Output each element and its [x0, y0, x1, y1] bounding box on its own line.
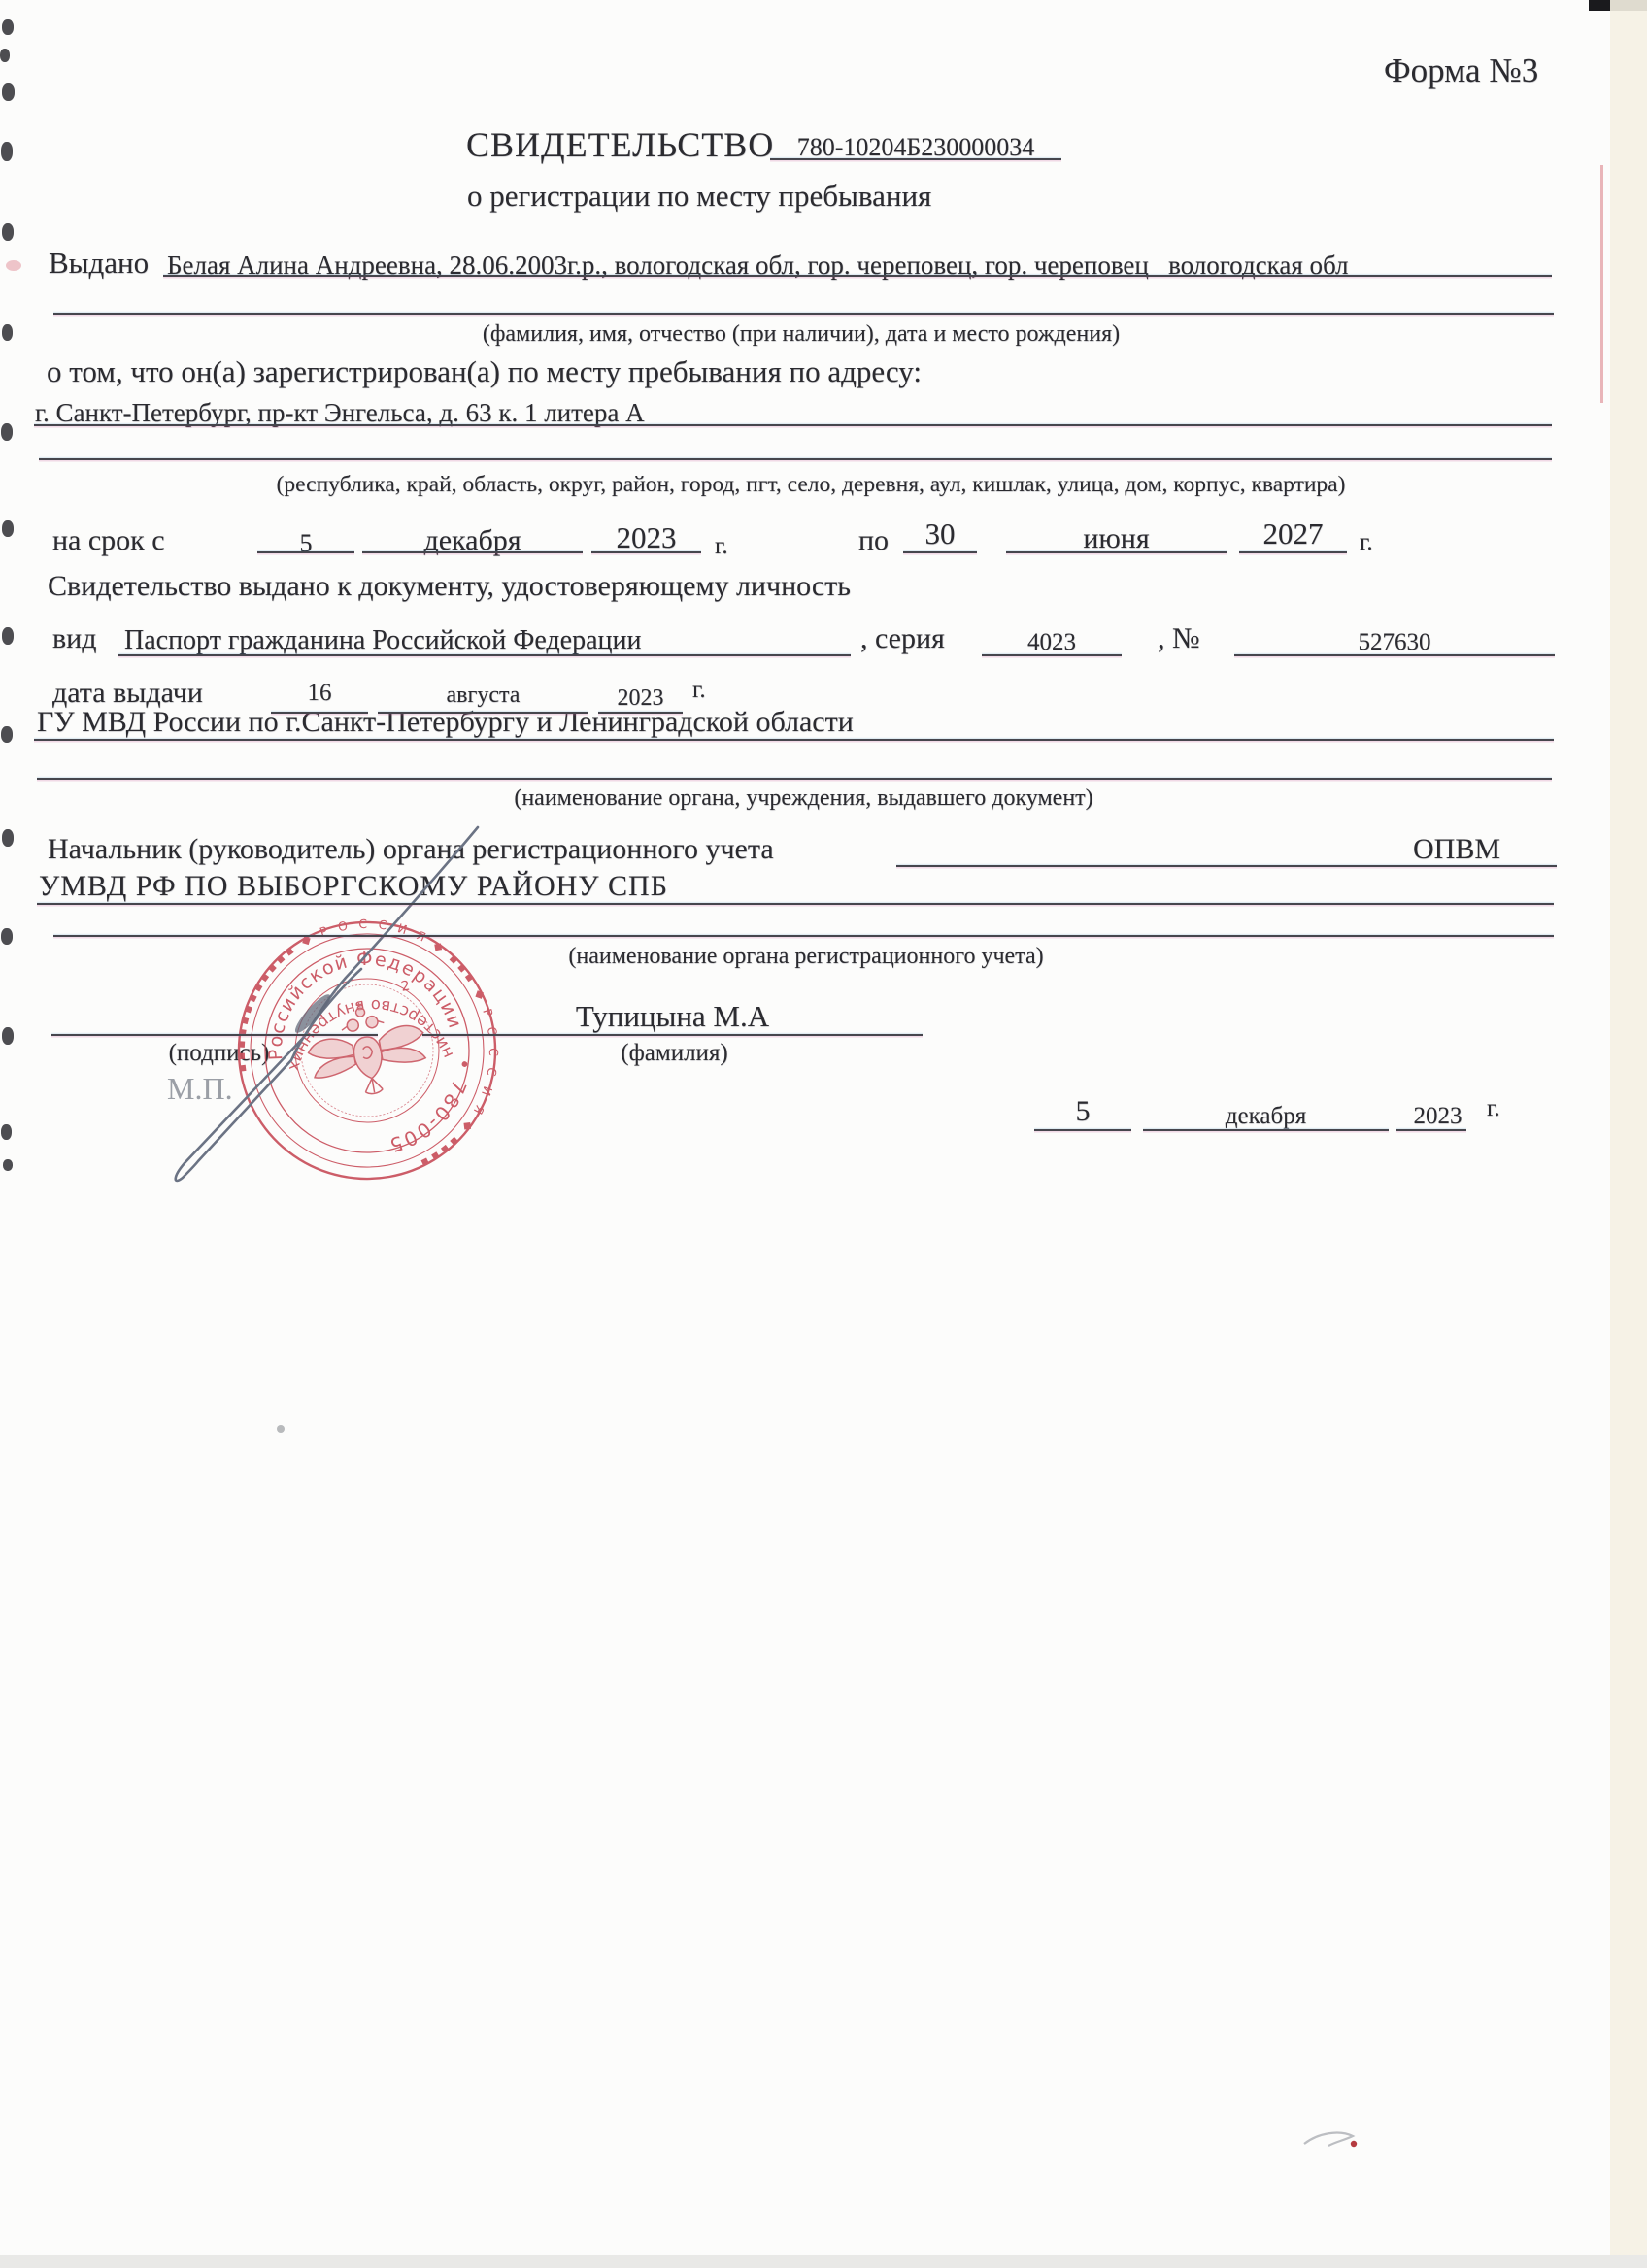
- document-number-label: , №: [1158, 622, 1200, 655]
- ruled-line: [53, 313, 1554, 315]
- issuing-authority-caption: (наименование органа, учреждения, выдавш…: [408, 785, 1199, 812]
- ruled-line: [598, 712, 683, 714]
- ruled-line: [1034, 1129, 1131, 1131]
- period-to-year: 2027: [1239, 517, 1347, 551]
- scan-pink-smudge: [6, 260, 21, 271]
- scan-smudge: [0, 49, 10, 62]
- period-from-label: на срок с: [52, 524, 165, 557]
- surname-caption: (фамилия): [594, 1040, 755, 1067]
- scan-smudge: [2, 520, 14, 537]
- ruled-line: [39, 458, 1552, 460]
- scan-smudge: [2, 1027, 14, 1045]
- scan-smudge: [1, 1124, 12, 1140]
- registration-caption: (республика, край, область, округ, район…: [194, 472, 1428, 497]
- ruled-line: [770, 158, 1061, 160]
- ruled-line: [1396, 1129, 1466, 1131]
- ruled-line: [51, 1034, 378, 1036]
- ruled-line: [378, 712, 588, 714]
- document-intro: Свидетельство выдано к документу, удосто…: [48, 570, 851, 603]
- period-from-year: 2023: [591, 521, 701, 555]
- document-type-value: Паспорт гражданина Российской Федерации: [124, 625, 641, 655]
- ruled-line: [1143, 1129, 1389, 1131]
- ruled-line: [37, 903, 1554, 905]
- scan-smudge: [1, 423, 13, 441]
- scan-edge-strip: [1610, 0, 1647, 2268]
- scan-smudge: [2, 627, 14, 645]
- ruled-line: [1234, 654, 1555, 656]
- scan-smudge: [1, 726, 13, 743]
- document-number-value: 527630: [1234, 629, 1555, 656]
- issue-date-day: 16: [271, 680, 368, 707]
- footer-date-day: 5: [1034, 1095, 1131, 1128]
- ruled-line: [271, 712, 368, 714]
- ruled-line: [591, 551, 701, 553]
- period-to-label: по: [858, 524, 889, 557]
- ruled-line: [982, 654, 1122, 656]
- pencil-smudge-graphic: [1296, 2115, 1384, 2168]
- issue-date-month: августа: [378, 683, 588, 709]
- scan-bottom-band: [0, 2255, 1647, 2268]
- scan-pink-line: [1600, 165, 1603, 403]
- certificate-subtitle: о регистрации по месту пребывания: [467, 180, 931, 214]
- ruled-line: [422, 1034, 923, 1036]
- issue-date-year-suffix: г.: [692, 677, 706, 704]
- scan-smudge: [2, 324, 13, 341]
- ruled-line: [896, 865, 1557, 867]
- ruled-line: [1006, 551, 1227, 553]
- ruled-line: [34, 424, 1552, 426]
- scan-smudge: [1, 142, 13, 161]
- ruled-line: [37, 778, 1552, 780]
- document-type-label: вид: [52, 622, 96, 655]
- period-to-month: июня: [1006, 522, 1227, 555]
- registration-address-value: г. Санкт-Петербург, пр-кт Энгельса, д. 6…: [35, 398, 645, 427]
- ruled-line: [163, 275, 1552, 277]
- document-series-value: 4023: [982, 629, 1122, 656]
- issue-date-label: дата выдачи: [52, 677, 203, 710]
- signature-stroke: [117, 811, 505, 1199]
- scan-smudge: [2, 223, 14, 241]
- period-to-year-suffix: г.: [1360, 529, 1373, 556]
- certificate-number: 780-10204Б230000034: [770, 133, 1061, 161]
- footer-date-year: 2023: [1396, 1103, 1479, 1130]
- scan-smudge: [2, 829, 14, 847]
- registration-intro: о том, что он(а) зарегистрирован(а) по м…: [47, 355, 922, 389]
- scan-pencil-smudge: [1296, 2115, 1384, 2168]
- ruled-line: [257, 551, 354, 553]
- document-series-label: , серия: [860, 622, 945, 655]
- footer-date-month: декабря: [1143, 1103, 1389, 1130]
- certificate-title: СВИДЕТЕЛЬСТВО: [466, 125, 774, 164]
- scanned-certificate-page: Форма №3 СВИДЕТЕЛЬСТВО 780-10204Б2300000…: [0, 0, 1647, 2268]
- issued-caption: (фамилия, имя, отчество (при наличии), д…: [408, 321, 1194, 348]
- form-number-label: Форма №3: [1384, 51, 1538, 89]
- ruled-line: [34, 739, 1554, 741]
- footer-date-suffix: г.: [1487, 1095, 1500, 1122]
- scan-smudge: [1, 928, 13, 945]
- ruled-line: [362, 551, 583, 553]
- scan-smudge: [2, 19, 14, 35]
- issued-label: Выдано: [49, 247, 149, 281]
- ruled-line: [118, 654, 851, 656]
- registration-org-abbr: ОПВМ: [1379, 833, 1534, 866]
- ruled-line: [903, 551, 977, 553]
- ruled-line: [53, 935, 1554, 937]
- scan-smudge: [2, 83, 15, 101]
- registration-org-caption: (наименование органа регистрационного уч…: [486, 944, 1126, 970]
- period-to-day: 30: [903, 517, 977, 551]
- period-from-year-suffix: г.: [715, 533, 728, 560]
- handwritten-signature: [117, 811, 505, 1199]
- scan-gray-speck: [277, 1425, 285, 1433]
- ruled-line: [1239, 551, 1347, 553]
- scan-smudge: [3, 1159, 13, 1171]
